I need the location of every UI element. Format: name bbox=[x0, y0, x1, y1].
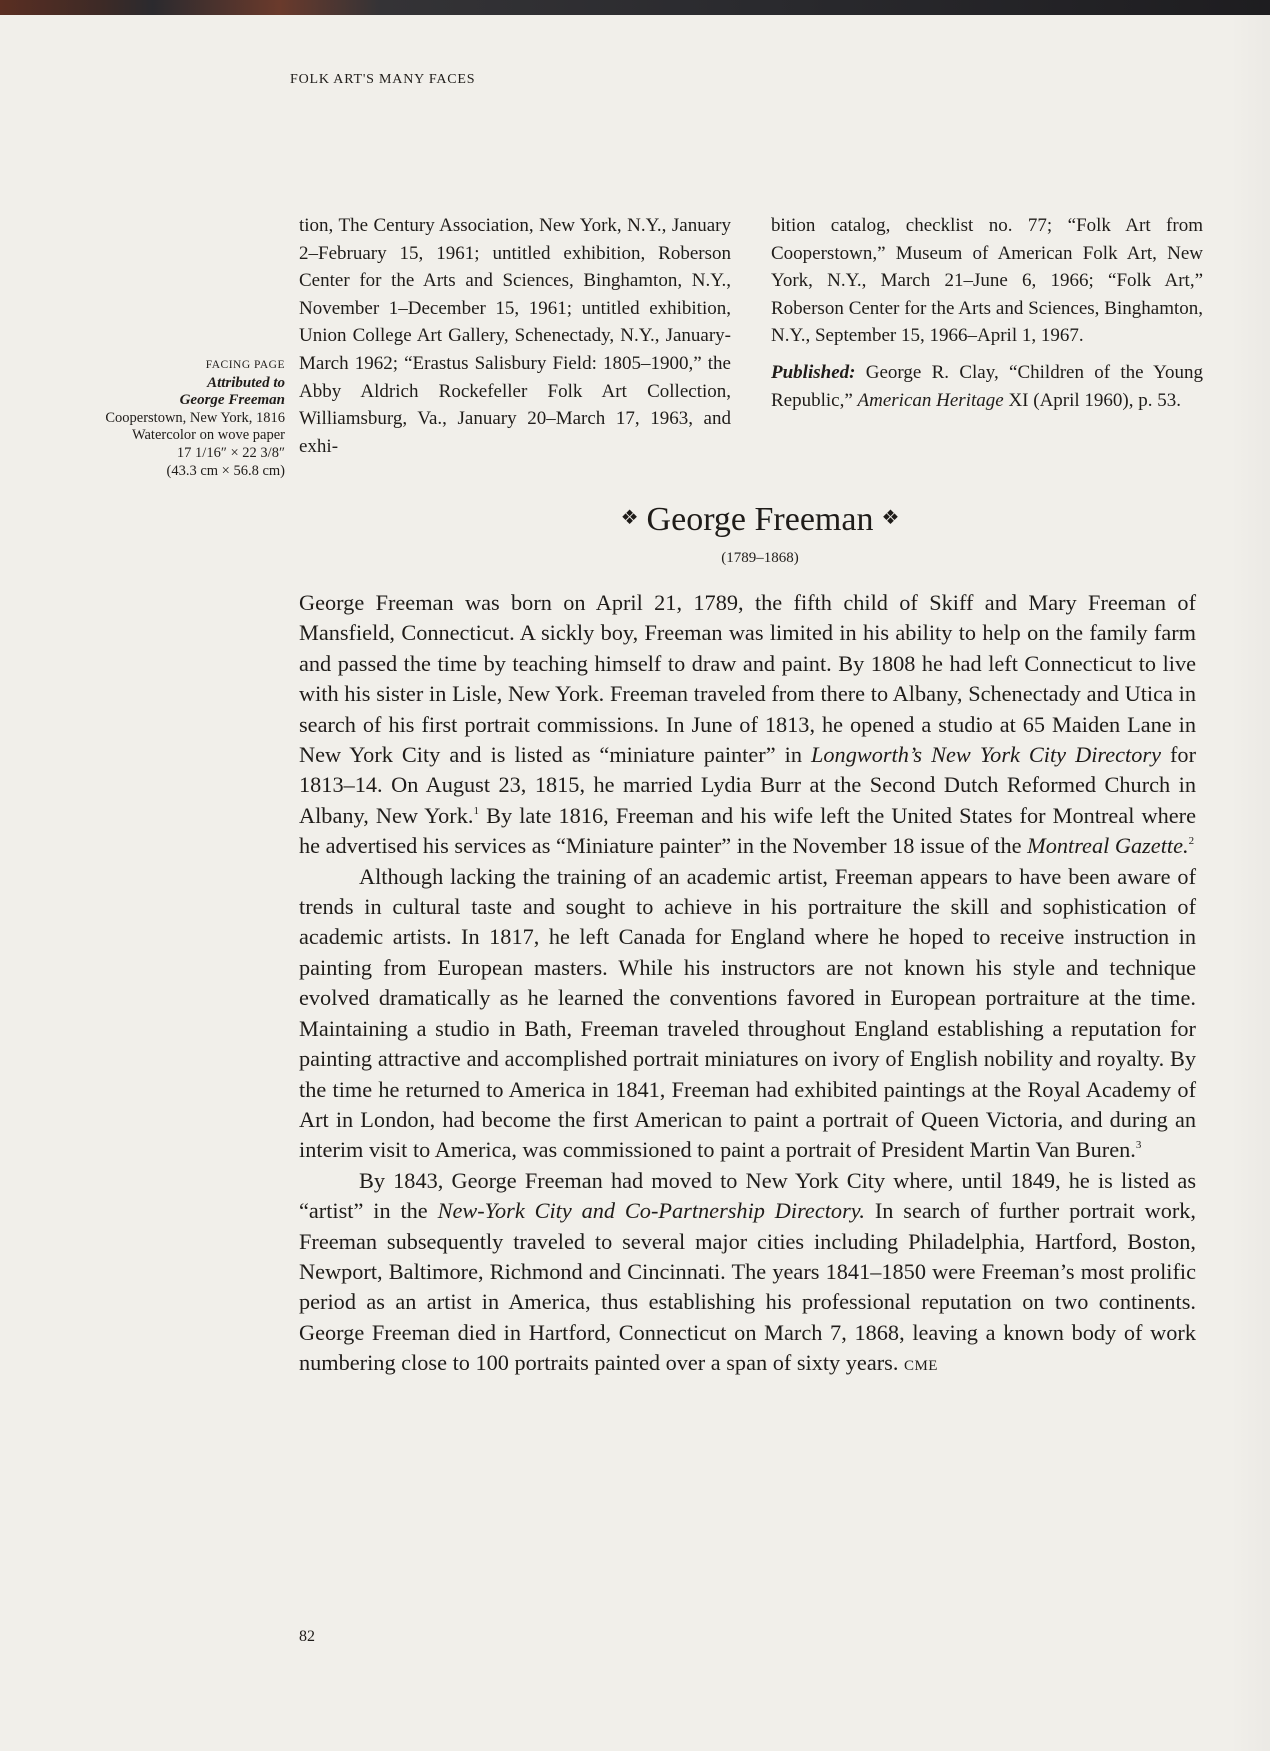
published-note: Published: George R. Clay, “Children of … bbox=[771, 359, 1203, 414]
running-head: Folk Art's Many Faces bbox=[290, 72, 475, 88]
biography-paragraph-3: By 1843, George Freeman had moved to New… bbox=[299, 1166, 1196, 1382]
published-journal: American Heritage bbox=[858, 390, 1004, 411]
ornament-icon: ❖ bbox=[621, 507, 639, 529]
text-run: In search of further portrait work, Free… bbox=[299, 1198, 1196, 1375]
italic-title: New-York City and Co-Partnership Directo… bbox=[438, 1198, 865, 1223]
author-initials: CME bbox=[904, 1358, 938, 1374]
text-run: George Freeman was born on April 21, 178… bbox=[299, 590, 1196, 767]
footnote-ref: 3 bbox=[1136, 1139, 1142, 1151]
caption-dimensions-in: 17 1/16″ × 22 3/8″ bbox=[60, 445, 285, 463]
caption-place-date: Cooperstown, New York, 1816 bbox=[60, 410, 285, 428]
section-heading: ❖George Freeman❖ (1789–1868) bbox=[290, 498, 1230, 568]
published-text-after: XI (April 1960), p. 53. bbox=[1004, 390, 1181, 411]
caption-medium: Watercolor on wove paper bbox=[60, 427, 285, 445]
figure-caption: Facing page Attributed to George Freeman… bbox=[60, 357, 285, 480]
biography: George Freeman was born on April 21, 178… bbox=[299, 588, 1196, 1382]
exhibitions-left-column: tion, The Century Association, New York,… bbox=[299, 212, 731, 460]
text-run: Although lacking the training of an acad… bbox=[299, 864, 1196, 1163]
italic-title: Montreal Gazette. bbox=[1027, 833, 1188, 858]
page-edge-shadow bbox=[1230, 15, 1270, 1751]
photo-edge-strip bbox=[0, 0, 1270, 15]
caption-label: Facing page bbox=[60, 357, 285, 375]
artist-dates: (1789–1868) bbox=[290, 548, 1230, 568]
biography-paragraph-2: Although lacking the training of an acad… bbox=[299, 862, 1196, 1166]
published-label: Published: bbox=[771, 362, 855, 383]
caption-title-line1: Attributed to bbox=[60, 375, 285, 393]
caption-dimensions-cm: (43.3 cm × 56.8 cm) bbox=[60, 463, 285, 481]
footnote-ref: 2 bbox=[1189, 835, 1195, 847]
biography-paragraph-1: George Freeman was born on April 21, 178… bbox=[299, 588, 1196, 862]
artist-name: George Freeman bbox=[647, 501, 874, 538]
italic-title: Longworth’s New York City Directory bbox=[811, 742, 1161, 767]
ornament-icon: ❖ bbox=[881, 507, 899, 529]
exhibitions-text-right: bition catalog, checklist no. 77; “Folk … bbox=[771, 212, 1203, 350]
page-number: 82 bbox=[299, 1628, 315, 1646]
exhibitions-text-left: tion, The Century Association, New York,… bbox=[299, 212, 731, 460]
exhibitions-right-column: bition catalog, checklist no. 77; “Folk … bbox=[771, 212, 1203, 414]
caption-title-line2: George Freeman bbox=[60, 392, 285, 410]
